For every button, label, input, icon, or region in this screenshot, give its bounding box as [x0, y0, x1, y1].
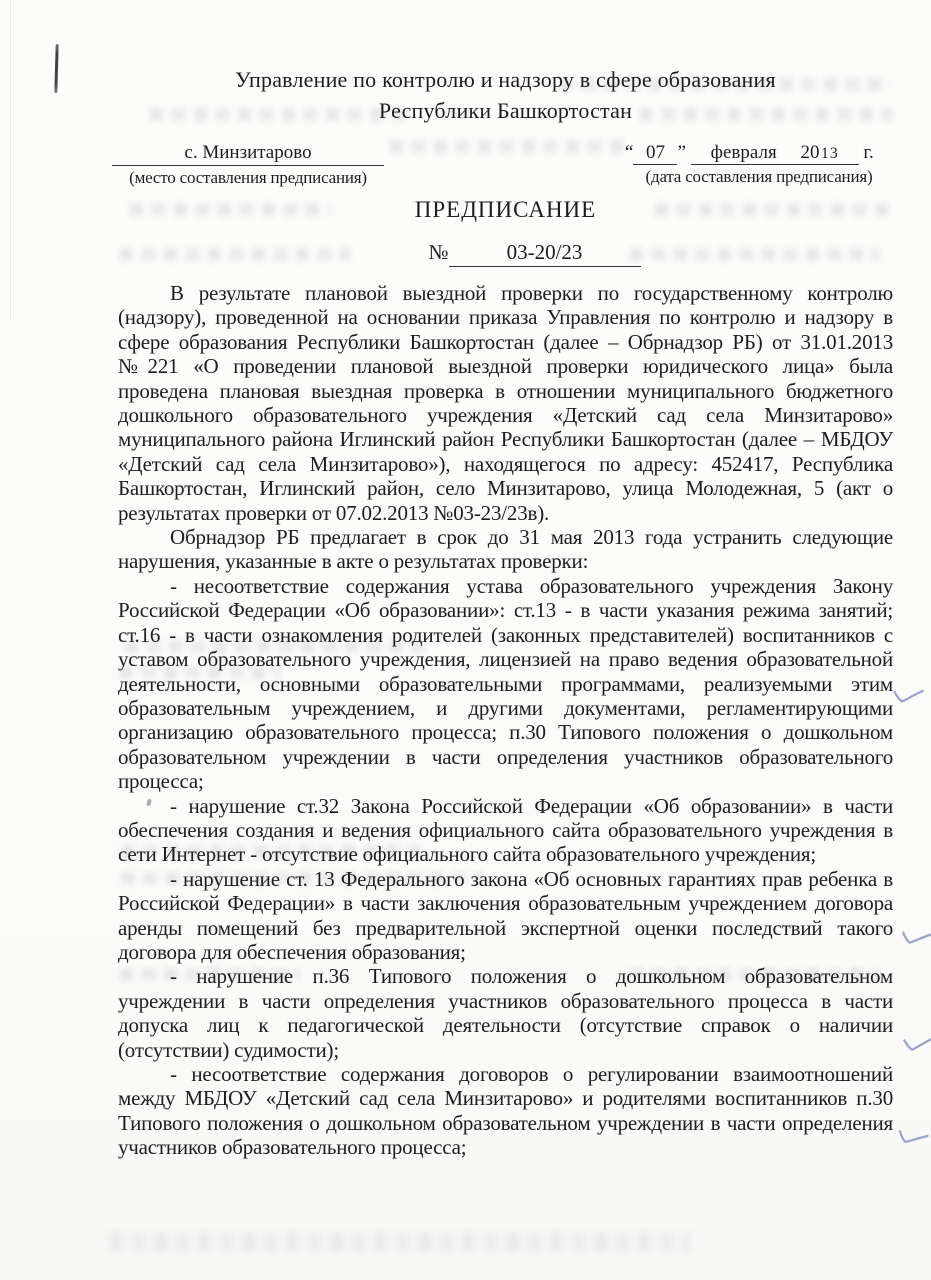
organization-name-line1: Управление по контролю и надзору в сфере…	[118, 64, 893, 95]
body-paragraph: Обрнадзор РБ предлагает в срок до 31 мая…	[118, 525, 893, 574]
date-century: 20	[800, 142, 819, 163]
checkmark-icon	[895, 1126, 931, 1153]
date-month: февраля	[711, 142, 777, 163]
date-quote-close: ”	[677, 142, 685, 163]
pen-stroke-mark	[54, 44, 58, 93]
date-era: г.	[863, 142, 873, 163]
date-day: 07	[633, 142, 677, 165]
place-block: с. Минзитарово (место составления предпи…	[112, 142, 384, 188]
document-number-inner: №03-20/23	[428, 240, 640, 267]
bleedthrough-artifact	[110, 1232, 690, 1252]
date-value: “07” февраля 20 13 г.	[625, 142, 893, 165]
organization-name-line2: Республики Башкортостан	[118, 95, 893, 126]
scanner-edge-artifact	[10, 0, 11, 320]
date-label: (дата составления предписания)	[625, 167, 893, 187]
date-block: “07” февраля 20 13 г. (дата составления …	[625, 142, 893, 187]
document-number-value: 03-20/23	[449, 240, 641, 267]
place-value: с. Минзитарово	[112, 142, 384, 166]
scanned-document-page: Управление по контролю и надзору в сфере…	[0, 0, 931, 1280]
checkmark-icon	[900, 927, 931, 950]
date-month-year: февраля 20 13	[691, 142, 859, 165]
date-quote-open: “	[625, 142, 633, 163]
checkmark-icon	[891, 685, 926, 709]
body-paragraph: - нарушение ст.32 Закона Российской Феде…	[118, 794, 893, 867]
body-paragraph: - нарушение п.36 Типового положения о до…	[118, 964, 893, 1062]
body-paragraph: - несоответствие содержания договоров о …	[118, 1062, 893, 1160]
checkmark-icon	[901, 1032, 931, 1057]
date-year: 13	[821, 145, 839, 162]
number-sign: №	[428, 240, 448, 264]
body-paragraph: - нарушение ст. 13 Федерального закона «…	[118, 867, 893, 965]
document-number-row: №03-20/23	[118, 240, 893, 267]
organization-header: Управление по контролю и надзору в сфере…	[118, 64, 893, 126]
meta-row: с. Минзитарово (место составления предпи…	[112, 142, 893, 188]
place-label: (место составления предписания)	[112, 168, 384, 188]
body-paragraph: - несоответствие содержания устава образ…	[118, 574, 893, 794]
document-body: В результате плановой выездной проверки …	[118, 281, 893, 1160]
body-paragraph: В результате плановой выездной проверки …	[118, 281, 893, 525]
document-title: ПРЕДПИСАНИЕ	[118, 197, 893, 223]
